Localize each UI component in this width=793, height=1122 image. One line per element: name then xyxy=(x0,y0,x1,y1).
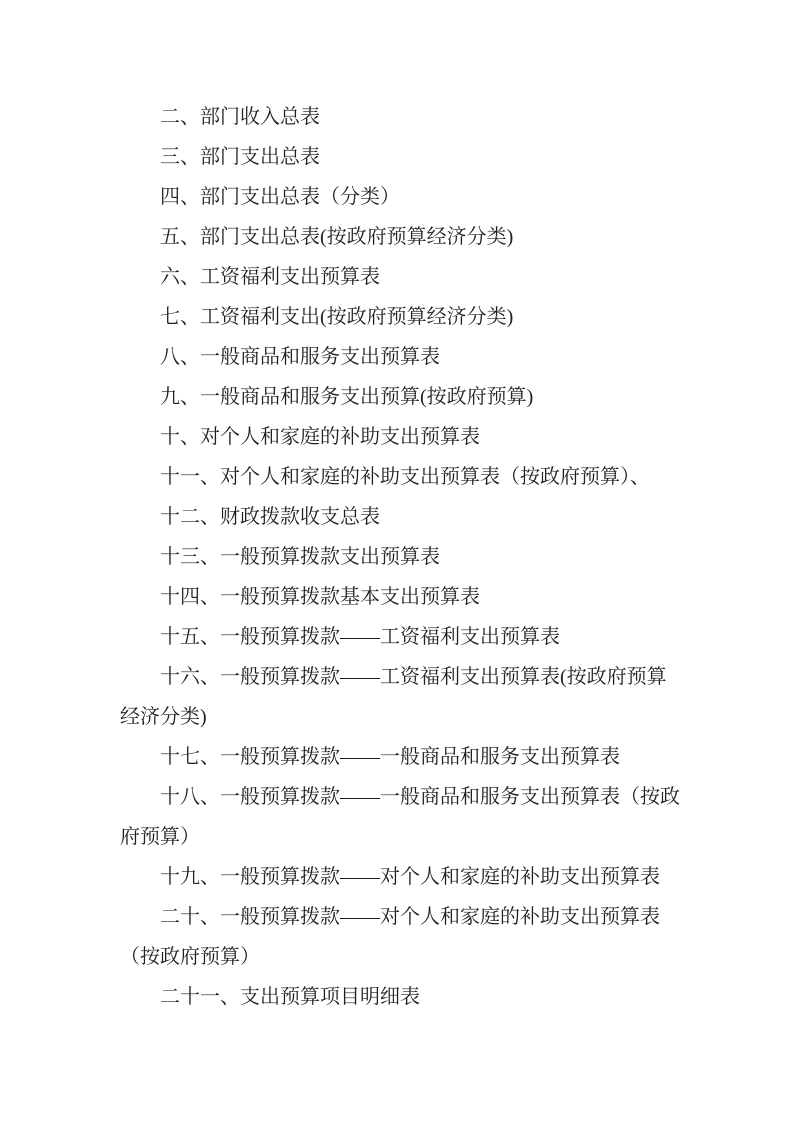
list-item-19: 十九、一般预算拨款——对个人和家庭的补助支出预算表 xyxy=(120,857,680,897)
list-item-16: 十六、一般预算拨款——工资福利支出预算表(按政府预算经济分类) xyxy=(120,657,680,737)
list-item-8: 八、一般商品和服务支出预算表 xyxy=(120,337,680,377)
list-item-6: 六、工资福利支出预算表 xyxy=(120,257,680,297)
list-item-21: 二十一、支出预算项目明细表 xyxy=(120,977,680,1017)
list-item-7: 七、工资福利支出(按政府预算经济分类) xyxy=(120,297,680,337)
document-page: 二、部门收入总表 三、部门支出总表 四、部门支出总表（分类） 五、部门支出总表(… xyxy=(0,0,793,1122)
list-item-13: 十三、一般预算拨款支出预算表 xyxy=(120,537,680,577)
list-item-15: 十五、一般预算拨款——工资福利支出预算表 xyxy=(120,617,680,657)
list-item-17: 十七、一般预算拨款——一般商品和服务支出预算表 xyxy=(120,737,680,777)
list-item-5: 五、部门支出总表(按政府预算经济分类) xyxy=(120,217,680,257)
list-item-12: 十二、财政拨款收支总表 xyxy=(120,497,680,537)
list-item-3: 三、部门支出总表 xyxy=(120,137,680,177)
list-item-18: 十八、一般预算拨款——一般商品和服务支出预算表（按政府预算） xyxy=(120,777,680,857)
list-item-14: 十四、一般预算拨款基本支出预算表 xyxy=(120,577,680,617)
list-item-9: 九、一般商品和服务支出预算(按政府预算) xyxy=(120,377,680,417)
list-item-10: 十、对个人和家庭的补助支出预算表 xyxy=(120,417,680,457)
list-item-2: 二、部门收入总表 xyxy=(120,97,680,137)
list-item-20: 二十、一般预算拨款——对个人和家庭的补助支出预算表（按政府预算） xyxy=(120,897,680,977)
list-item-4: 四、部门支出总表（分类） xyxy=(120,177,680,217)
list-item-11: 十一、对个人和家庭的补助支出预算表（按政府预算）、 xyxy=(120,457,680,497)
